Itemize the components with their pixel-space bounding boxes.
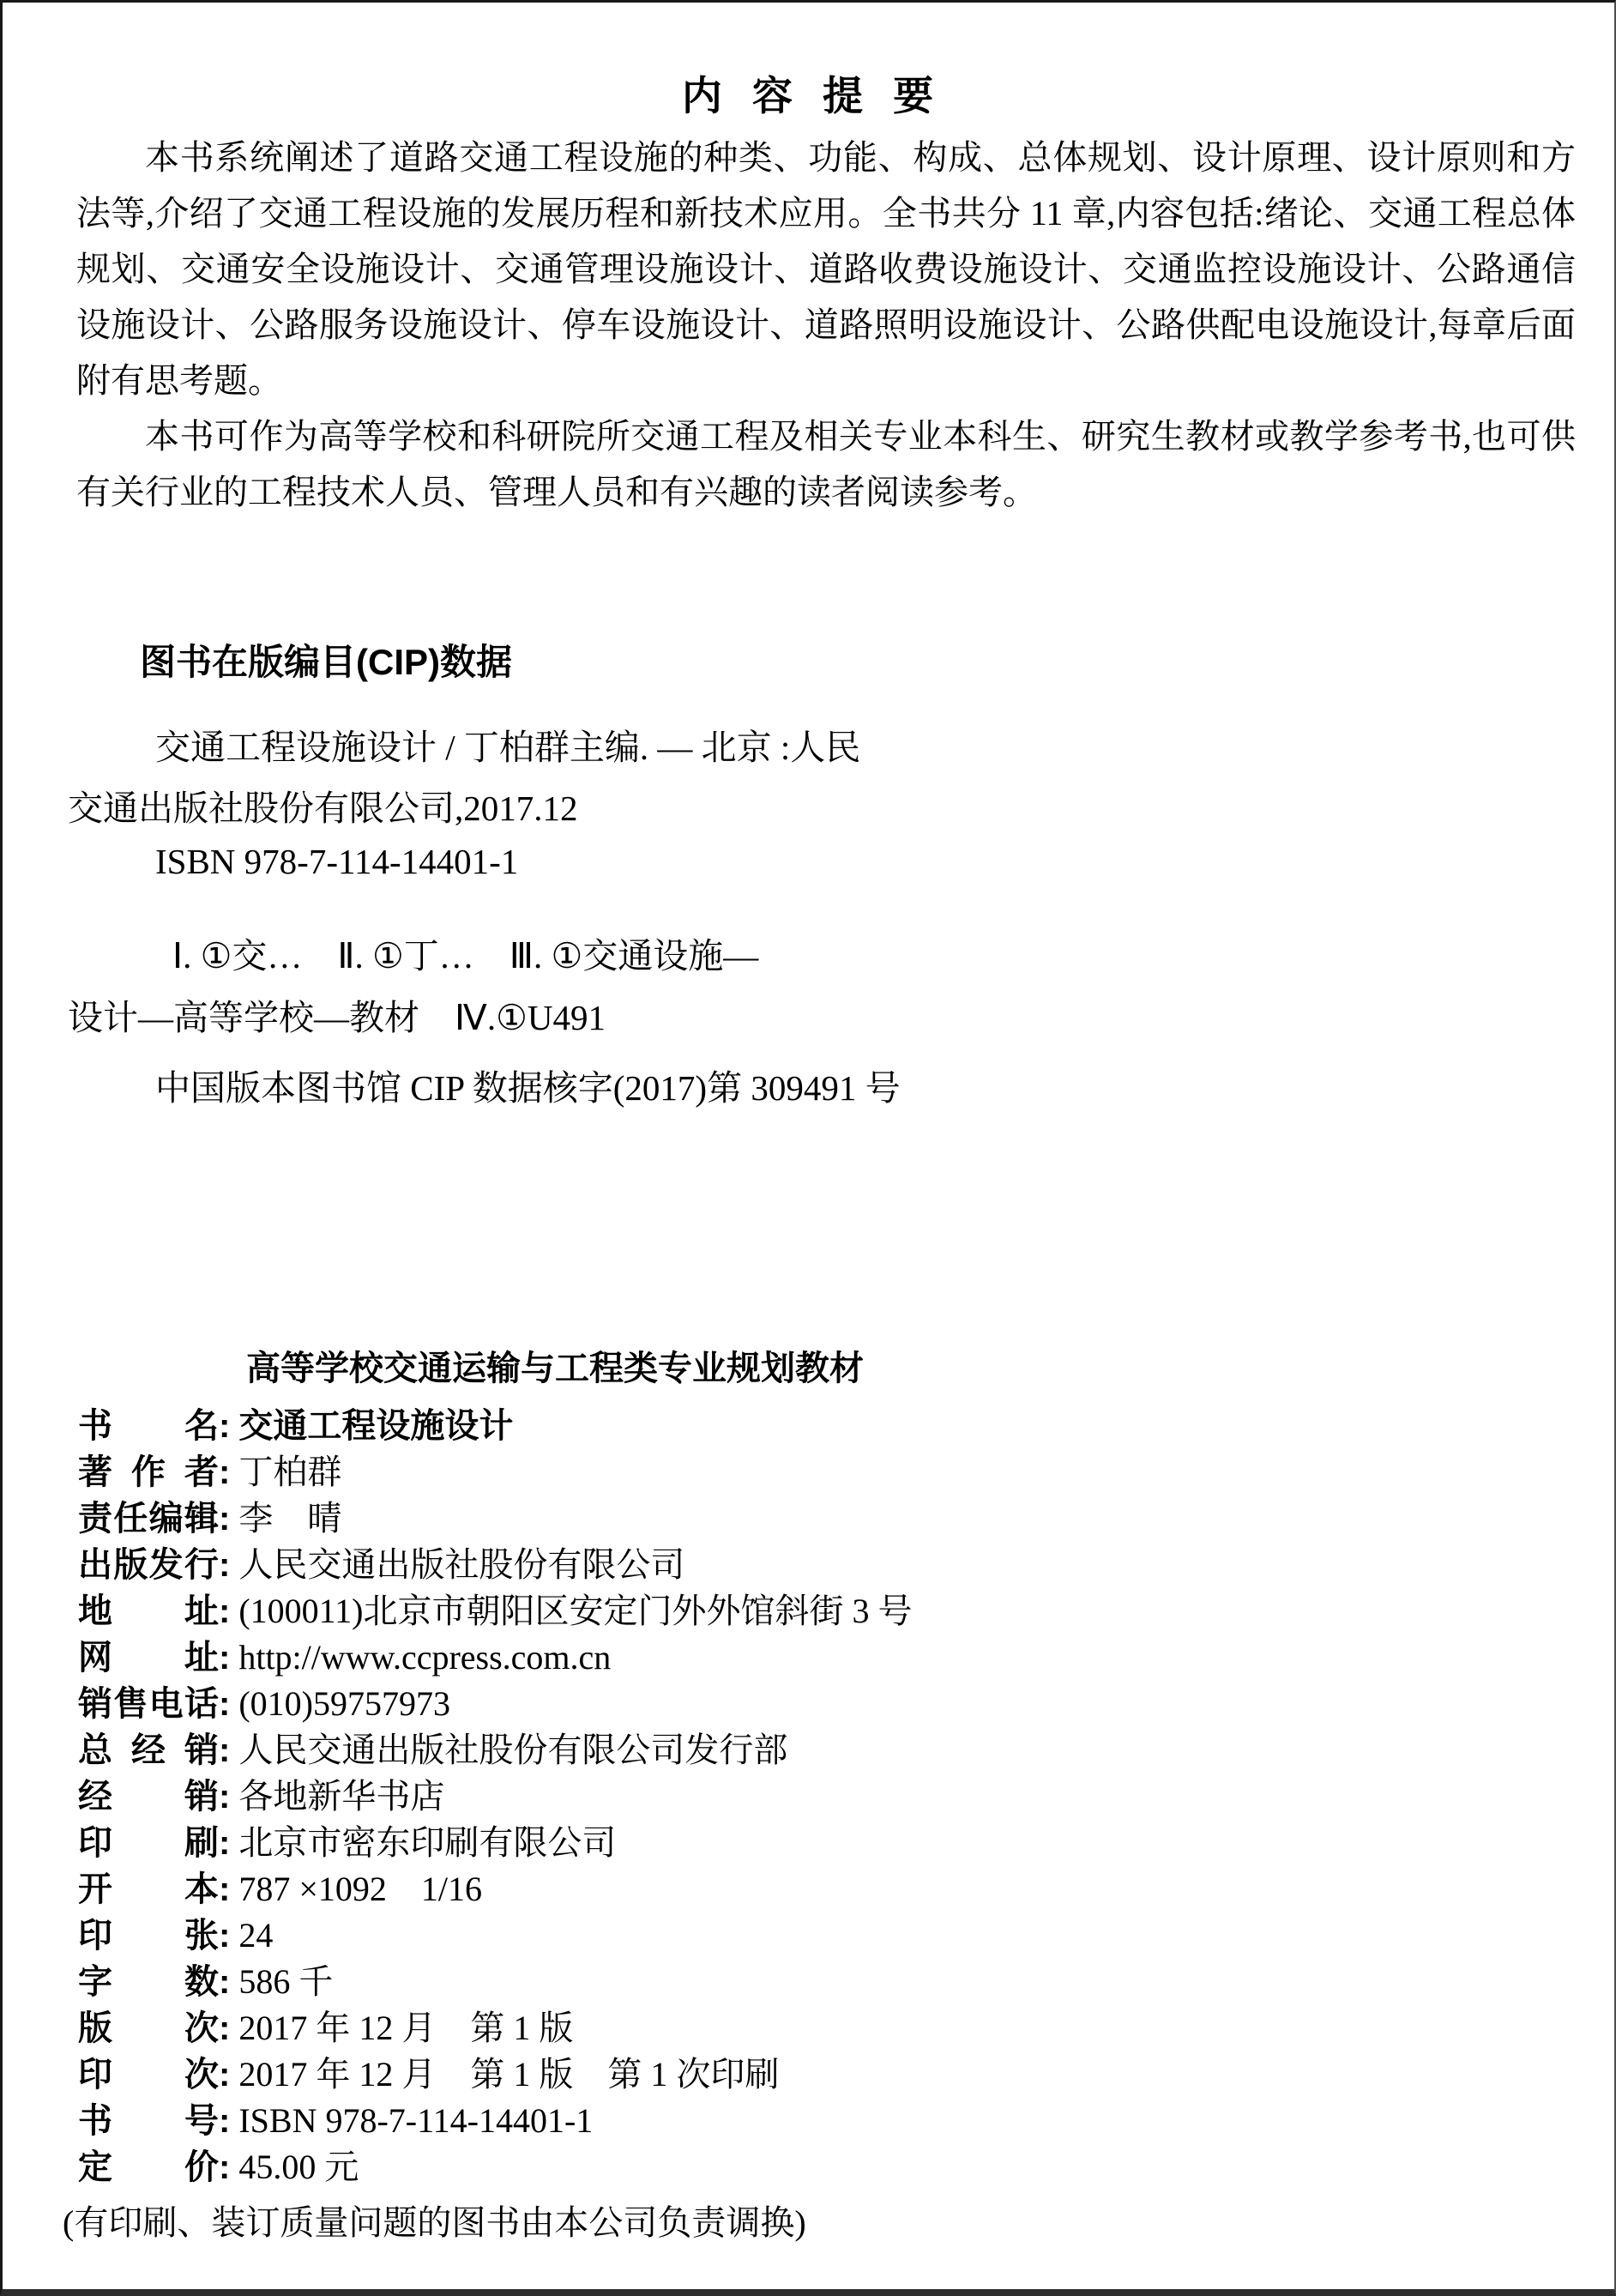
colophon-row: 书号:ISBN 978-7-114-14401-1 [78, 2098, 1577, 2144]
colophon-row-label: 印张 [78, 1912, 219, 1959]
colophon-row-value: (010)59757973 [238, 1684, 450, 1723]
colophon-row-label: 印刷 [78, 1820, 219, 1866]
colophon-row: 版次:2017 年 12 月 第 1 版 [78, 2005, 1577, 2051]
colophon-row-label: 出版发行 [78, 1542, 219, 1588]
colophon-row-colon: : [219, 1685, 230, 1723]
colophon-row-label: 字数 [78, 1959, 219, 2005]
summary-block: 本书系统阐述了道路交通工程设施的种类、功能、构成、总体规划、设计原理、设计原则和… [76, 130, 1576, 520]
colophon-row-label: 地址 [78, 1588, 219, 1634]
colophon-row-label: 印次 [78, 2051, 219, 2098]
colophon-row-label: 经销 [78, 1773, 219, 1820]
cip-title-line: 交通工程设施设计 / 丁柏群主编. — 北京 :人民 [155, 719, 860, 770]
colophon-row-colon: : [219, 1824, 230, 1862]
colophon-row: 地址:(100011)北京市朝阳区安定门外外馆斜街 3 号 [78, 1588, 1577, 1634]
colophon-row-value: 人民交通出版社股份有限公司发行部 [238, 1731, 787, 1769]
colophon-row-label: 销售电话 [78, 1681, 219, 1727]
colophon-row-colon: : [219, 1546, 230, 1584]
colophon-row-value: 24 [238, 1916, 273, 1955]
colophon-row-label: 开本 [78, 1866, 219, 1912]
colophon-row: 书名:交通工程设施设计 [78, 1403, 1577, 1449]
colophon-row-colon: : [219, 2056, 230, 2094]
colophon-row-colon: : [219, 1453, 230, 1491]
colophon-row: 销售电话:(010)59757973 [78, 1681, 1577, 1727]
colophon-row: 开本:787 ×1092 1/16 [78, 1866, 1577, 1912]
colophon-row: 印刷:北京市密东印刷有限公司 [78, 1820, 1577, 1866]
colophon-row-value: ISBN 978-7-114-14401-1 [238, 2101, 593, 2140]
colophon-row-label: 书号 [78, 2098, 219, 2144]
colophon-row: 网址:http://www.ccpress.com.cn [78, 1634, 1577, 1681]
cip-class-line-2: 设计—高等学校—教材 Ⅳ.①U491 [68, 989, 606, 1040]
colophon: 书名:交通工程设施设计 著作者:丁柏群 责任编辑:李 晴 出版发行:人民交通出版… [78, 1403, 1577, 2190]
colophon-row-colon: : [219, 2148, 230, 2186]
colophon-row-label: 版次 [78, 2005, 219, 2051]
colophon-row-value: (100011)北京市朝阳区安定门外外馆斜街 3 号 [238, 1592, 912, 1630]
colophon-row: 著作者:丁柏群 [78, 1449, 1577, 1495]
colophon-row-value: 丁柏群 [238, 1453, 341, 1491]
colophon-row: 定价:45.00 元 [78, 2144, 1577, 2190]
colophon-row-colon: : [219, 1963, 230, 2001]
colophon-row-label: 定价 [78, 2144, 219, 2190]
colophon-row-colon: : [219, 1407, 230, 1445]
series-title: 高等学校交通运输与工程类专业规划教材 [246, 1341, 864, 1390]
colophon-row-colon: : [219, 1731, 230, 1769]
colophon-row-value: 人民交通出版社股份有限公司 [238, 1545, 684, 1584]
colophon-row-value: 各地新华书店 [238, 1777, 444, 1816]
quality-note: (有印刷、装订质量问题的图书由本公司负责调换) [63, 2196, 806, 2245]
colophon-row-colon: : [219, 1592, 230, 1630]
colophon-row-label: 网址 [78, 1634, 219, 1681]
colophon-row-value: 2017 年 12 月 第 1 版 [238, 2009, 573, 2047]
colophon-row: 印张:24 [78, 1912, 1577, 1959]
cip-isbn: ISBN 978-7-114-14401-1 [155, 841, 518, 882]
summary-title: 内 容 提 要 [3, 64, 1614, 122]
colophon-row: 字数:586 千 [78, 1959, 1577, 2005]
colophon-row-colon: : [219, 1500, 230, 1538]
cip-record-number: 中国版本图书馆 CIP 数据核字(2017)第 309491 号 [155, 1060, 901, 1110]
colophon-row: 责任编辑:李 晴 [78, 1495, 1577, 1542]
colophon-row-label: 著作者 [78, 1449, 219, 1495]
colophon-row-value: 交通工程设施设计 [238, 1407, 513, 1445]
book-copyright-page: 内 容 提 要 本书系统阐述了道路交通工程设施的种类、功能、构成、总体规划、设计… [0, 0, 1616, 2296]
colophon-row-value: 2017 年 12 月 第 1 版 第 1 次印刷 [238, 2055, 779, 2094]
colophon-row: 经销:各地新华书店 [78, 1773, 1577, 1820]
colophon-row: 出版发行:人民交通出版社股份有限公司 [78, 1542, 1577, 1588]
colophon-row: 印次:2017 年 12 月 第 1 版 第 1 次印刷 [78, 2051, 1577, 2098]
colophon-row-colon: : [219, 1870, 230, 1908]
colophon-row-colon: : [219, 1917, 230, 1955]
colophon-row-label: 书名 [78, 1403, 219, 1449]
colophon-row-value: 787 ×1092 1/16 [238, 1870, 482, 1908]
colophon-row-label: 总经销 [78, 1727, 219, 1773]
colophon-row-value: 李 晴 [238, 1499, 341, 1538]
cip-class-line-1: Ⅰ. ①交… Ⅱ. ①丁… Ⅲ. ①交通设施— [172, 927, 758, 978]
colophon-row-label: 责任编辑 [78, 1495, 219, 1542]
summary-paragraph-1: 本书系统阐述了道路交通工程设施的种类、功能、构成、总体规划、设计原理、设计原则和… [76, 130, 1576, 408]
colophon-row-colon: : [219, 2009, 230, 2047]
colophon-row-value: 北京市密东印刷有限公司 [238, 1823, 616, 1862]
colophon-row-value: 586 千 [238, 1962, 333, 2001]
colophon-row: 总经销:人民交通出版社股份有限公司发行部 [78, 1727, 1577, 1773]
colophon-row-colon: : [219, 2102, 230, 2140]
colophon-row-value: http://www.ccpress.com.cn [238, 1638, 611, 1677]
cip-publisher-line: 交通出版社股份有限公司,2017.12 [68, 780, 578, 831]
summary-paragraph-2: 本书可作为高等学校和科研院所交通工程及相关专业本科生、研究生教材或教学参考书,也… [76, 408, 1576, 520]
colophon-row-colon: : [219, 1778, 230, 1816]
cip-heading: 图书在版编目(CIP)数据 [140, 634, 512, 686]
colophon-row-colon: : [219, 1639, 230, 1677]
colophon-row-value: 45.00 元 [238, 2148, 359, 2186]
